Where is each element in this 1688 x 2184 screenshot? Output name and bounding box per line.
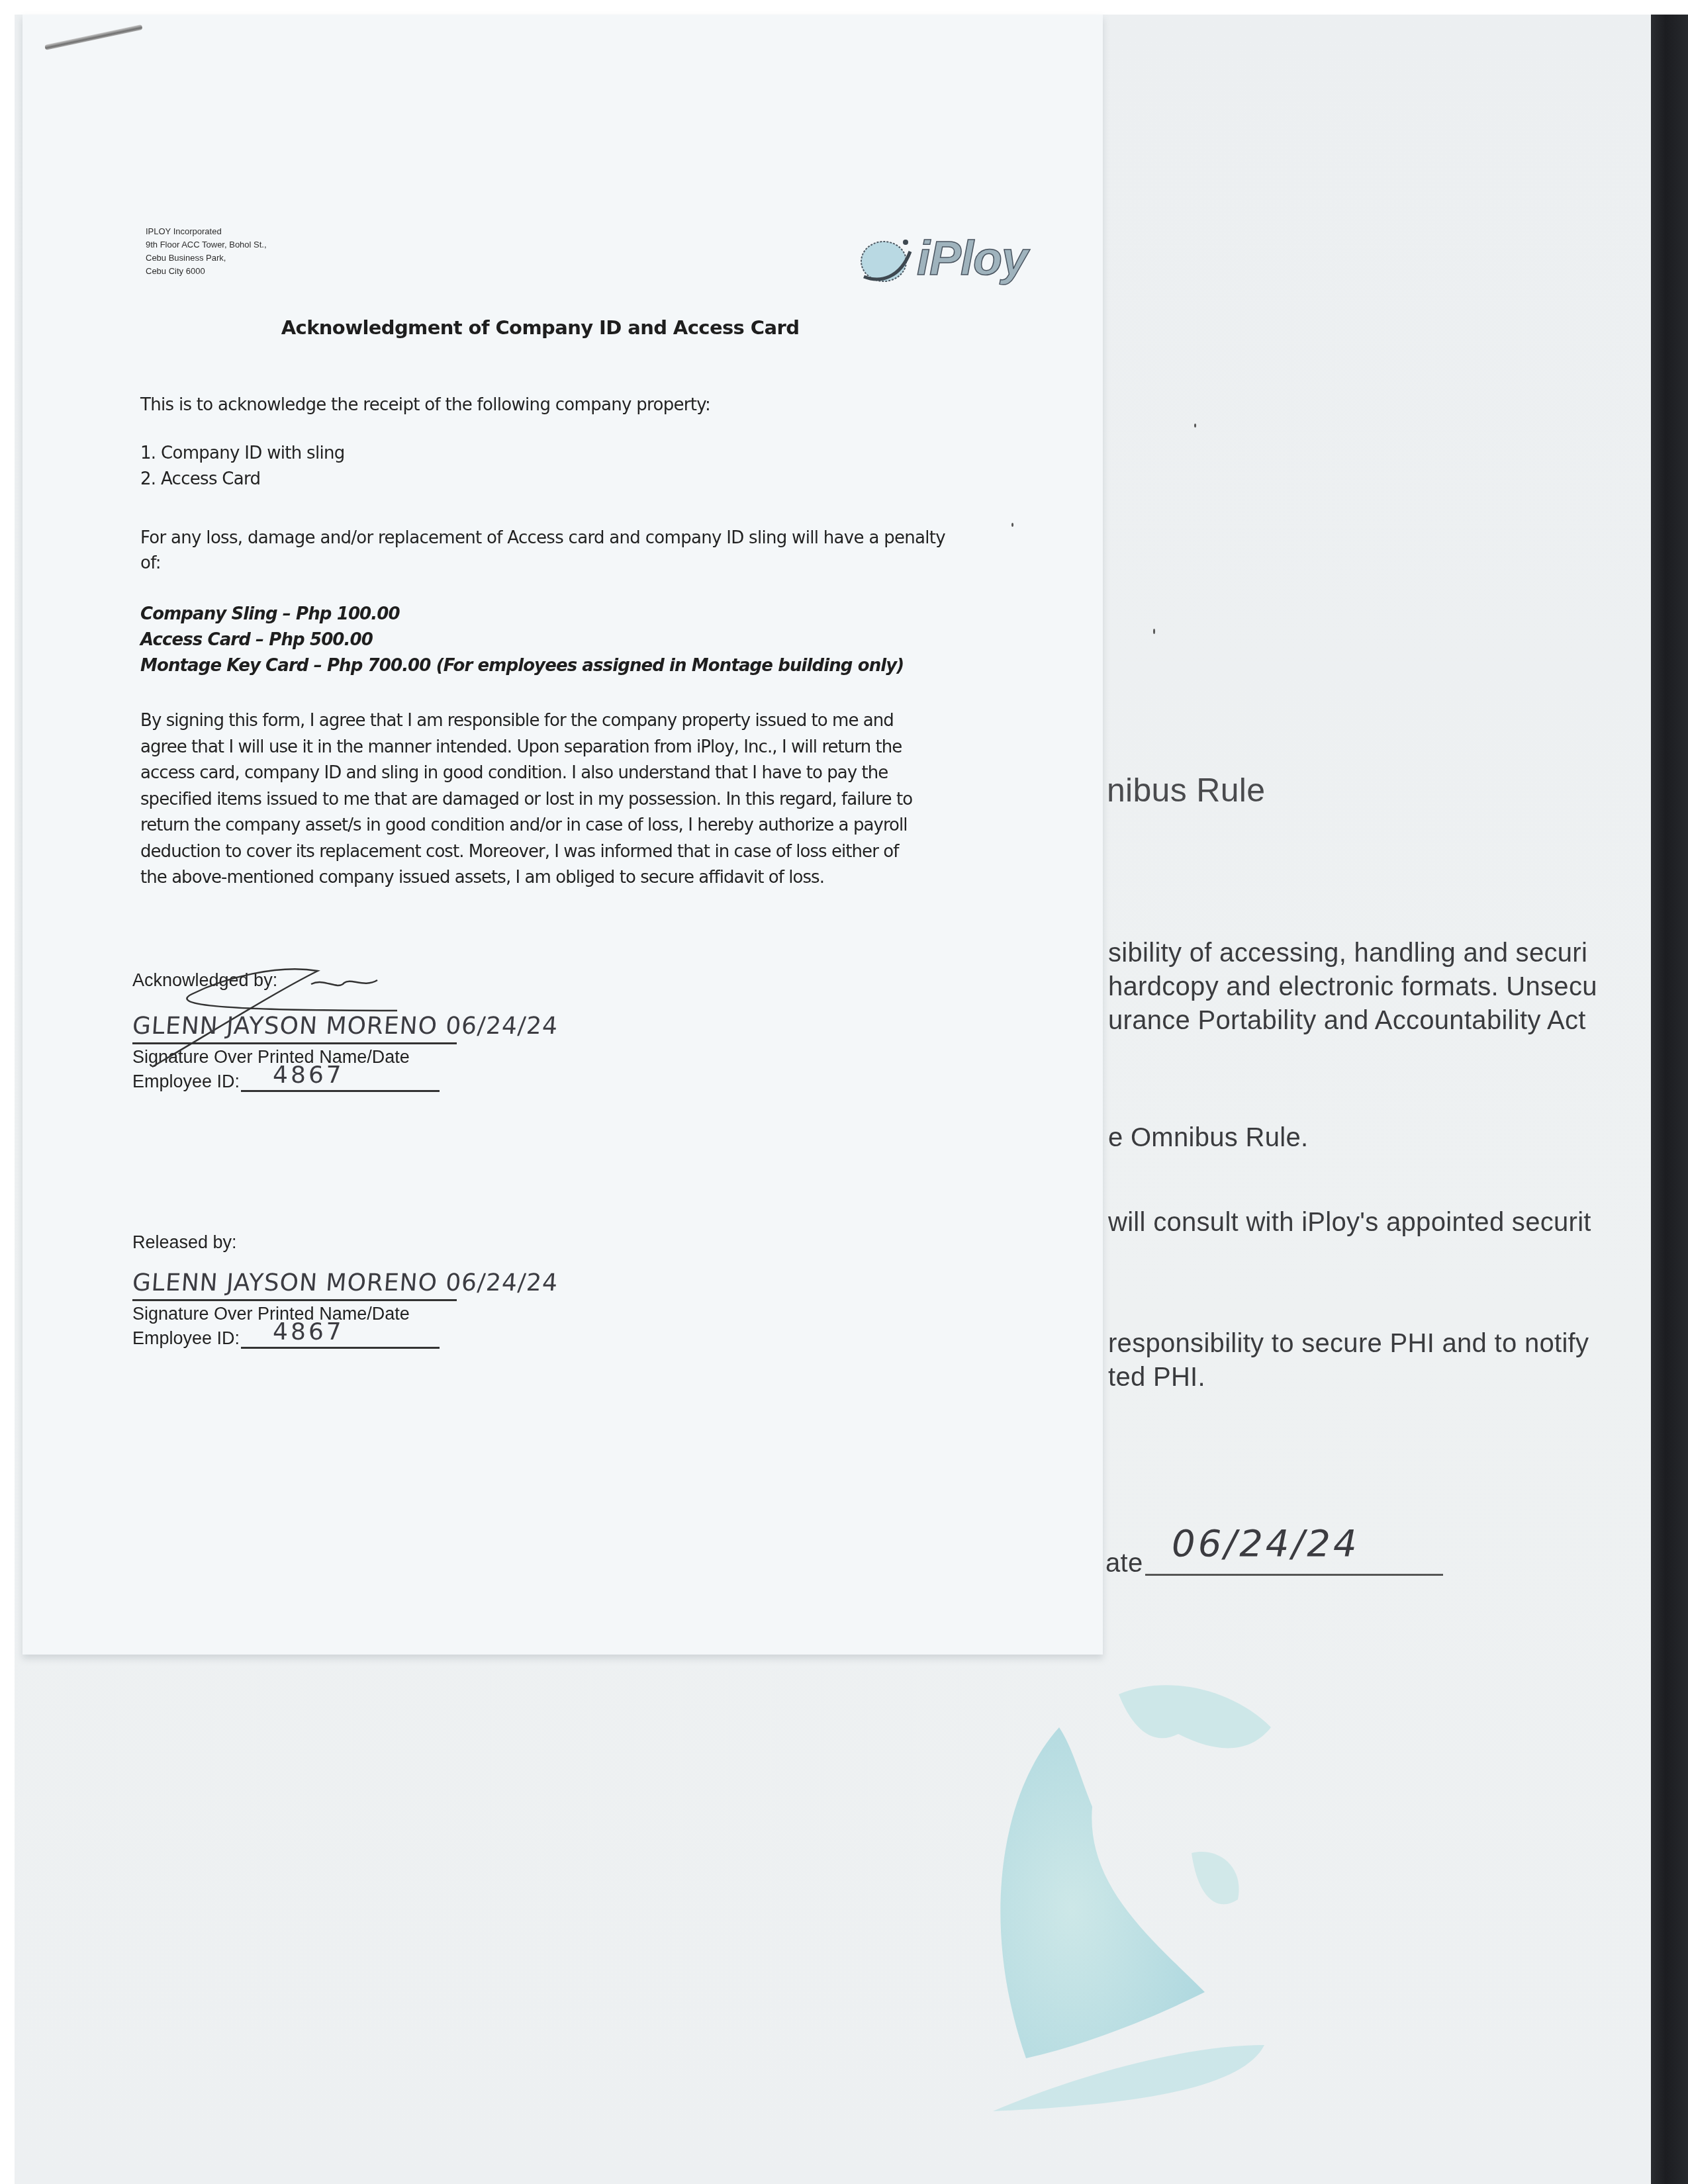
penalty-intro: For any loss, damage and/or replacement … xyxy=(140,528,945,548)
agreement-line: return the company asset/s in good condi… xyxy=(140,813,968,839)
address-line: 9th Floor ACC Tower, Bohol St., xyxy=(146,238,267,251)
scan-speck xyxy=(1011,523,1013,527)
back-page-line: sibility of accessing, handling and secu… xyxy=(1108,938,1587,968)
back-page-line: ted PHI. xyxy=(1108,1363,1205,1392)
agreement-line: the above-mentioned company issued asset… xyxy=(140,865,968,891)
back-page-heading: nibus Rule xyxy=(1107,771,1265,809)
logo-wordmark: iPloy xyxy=(917,232,1027,286)
agreement-line: agree that I will use it in the manner i… xyxy=(140,735,968,761)
intro-text: This is to acknowledge the receipt of th… xyxy=(140,395,710,415)
back-page-line: urance Portability and Accountability Ac… xyxy=(1108,1006,1586,1036)
agreement-line: access card, company ID and sling in goo… xyxy=(140,760,968,787)
agreement-line: deduction to cover its replacement cost.… xyxy=(140,839,968,866)
agreement-line: specified items issued to me that are da… xyxy=(140,787,968,813)
penalty-item: Company Sling – Php 100.00 xyxy=(140,604,400,624)
address-line: Cebu Business Park, xyxy=(146,251,267,265)
employee-id-line: 4867 xyxy=(241,1068,440,1092)
back-page-line: e Omnibus Rule. xyxy=(1108,1123,1308,1153)
agreement-paragraph: By signing this form, I agree that I am … xyxy=(140,708,968,891)
property-item: 2. Access Card xyxy=(140,469,260,489)
address-line: Cebu City 6000 xyxy=(146,265,267,278)
employee-id-line: 4867 xyxy=(241,1324,440,1349)
back-page-line: hardcopy and electronic formats. Unsecu xyxy=(1108,972,1597,1002)
handwritten-date: 06/24/24 xyxy=(1172,1522,1360,1565)
company-address: IPLOY Incorporated 9th Floor ACC Tower, … xyxy=(146,225,267,278)
employee-id-label: Employee ID: xyxy=(132,1328,240,1349)
signature-line: GLENN JAYSON MORENO 06/24/24 xyxy=(132,991,457,1044)
penalty-intro: of: xyxy=(140,553,161,573)
penalty-item: Access Card – Php 500.00 xyxy=(140,630,373,650)
released-by-block: Released by: GLENN JAYSON MORENO 06/24/2… xyxy=(132,1232,503,1349)
handwritten-name-date: GLENN JAYSON MORENO 06/24/24 xyxy=(132,1269,559,1297)
company-logo: iPloy xyxy=(854,228,1026,295)
back-page-line: responsibility to secure PHI and to noti… xyxy=(1108,1329,1589,1359)
scan-speck xyxy=(1153,629,1155,634)
property-item: 1. Company ID with sling xyxy=(140,443,345,463)
acknowledged-by-block: Acknowledged by: GLENN JAYSON MORENO 06/… xyxy=(132,970,503,1092)
date-label: ate xyxy=(1105,1549,1143,1578)
scan-speck xyxy=(1194,424,1196,428)
employee-id-label: Employee ID: xyxy=(132,1071,240,1092)
agreement-line: By signing this form, I agree that I am … xyxy=(140,708,968,735)
employee-id-row: Employee ID: 4867 xyxy=(132,1324,503,1349)
scanner-dark-edge xyxy=(1651,15,1688,2184)
back-page-line: will consult with iPloy's appointed secu… xyxy=(1108,1208,1591,1238)
address-line: IPLOY Incorporated xyxy=(146,225,267,238)
employee-id-value: 4867 xyxy=(273,1062,344,1089)
globe-watermark-icon xyxy=(953,1648,1430,2124)
penalty-item: Montage Key Card – Php 700.00 (For emplo… xyxy=(140,656,904,676)
globe-swoosh-icon xyxy=(854,232,920,291)
employee-id-row: Employee ID: 4867 xyxy=(132,1068,503,1092)
signature-line: GLENN JAYSON MORENO 06/24/24 xyxy=(132,1253,457,1301)
employee-id-value: 4867 xyxy=(273,1318,344,1345)
date-signature-line xyxy=(1145,1574,1443,1576)
document-title: Acknowledgment of Company ID and Access … xyxy=(0,316,1080,339)
handwritten-name-date: GLENN JAYSON MORENO 06/24/24 xyxy=(132,1013,559,1040)
released-by-label: Released by: xyxy=(132,1232,503,1253)
